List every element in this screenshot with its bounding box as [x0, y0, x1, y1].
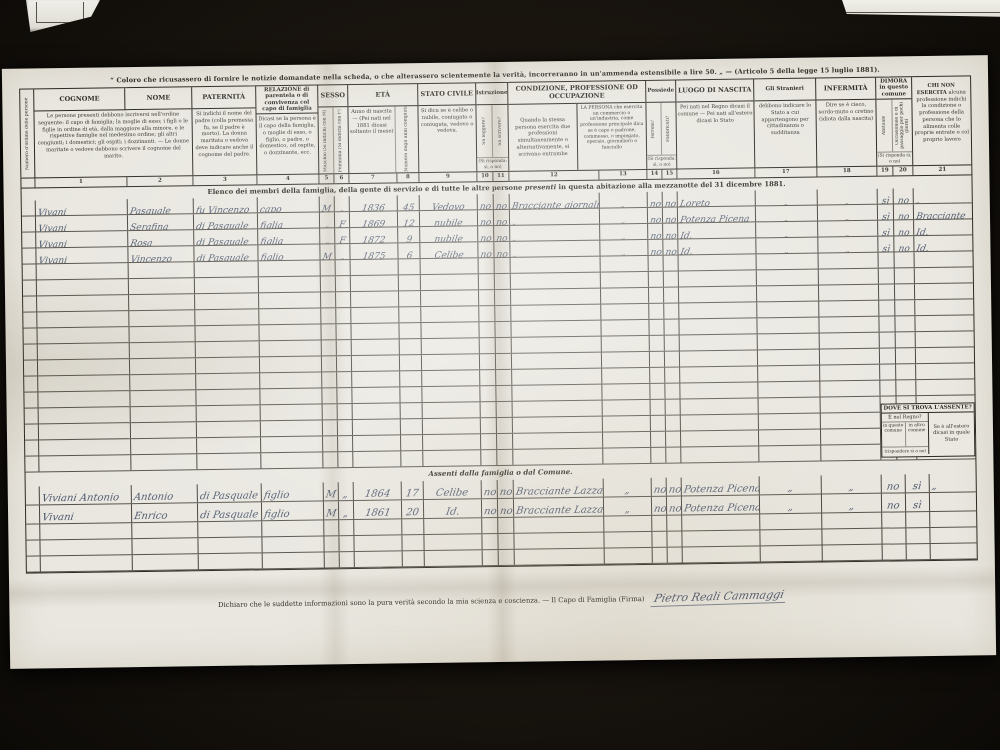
handwritten-entry: Vincenzo — [128, 253, 175, 263]
handwritten-entry: no — [648, 230, 663, 239]
cell — [895, 316, 915, 331]
cell — [355, 551, 403, 567]
cell — [38, 359, 130, 375]
cell: „ — [818, 189, 878, 205]
handwritten-entry: „ — [845, 479, 857, 493]
cell — [39, 439, 131, 455]
cell — [130, 374, 196, 390]
cell: Vivani — [36, 247, 128, 263]
cell — [322, 356, 337, 371]
cell — [683, 546, 761, 562]
handwritten-entry: Viviani Antonio — [40, 489, 123, 504]
cell — [649, 288, 664, 303]
possiede-label: Possiede — [646, 81, 675, 103]
cell: figlio — [262, 482, 324, 501]
column-number: 1 — [35, 177, 127, 187]
cell — [352, 371, 400, 387]
cell — [336, 276, 351, 291]
cell — [758, 334, 820, 350]
cell — [665, 367, 680, 382]
handwritten-entry: Id. — [678, 245, 696, 254]
cell — [22, 200, 36, 215]
column-number: 4 — [257, 174, 319, 184]
absent-box-in-altro: in altro comune — [905, 422, 928, 446]
handwritten-entry: figlio — [262, 487, 293, 501]
handwritten-entry: sì — [879, 210, 893, 219]
handwritten-entry: no — [667, 500, 682, 514]
cell — [25, 440, 39, 455]
cell — [24, 392, 38, 407]
absent-box-estero: Se è all'estero dicasi in quale Stato — [929, 412, 975, 454]
cell — [759, 430, 821, 446]
luogo-note: Pei nati nel Regno dicasi il comune — Pe… — [676, 101, 754, 168]
cell — [337, 372, 352, 387]
cell — [930, 527, 976, 543]
cell: „ — [600, 224, 648, 240]
cell — [483, 550, 499, 565]
cell — [757, 270, 819, 286]
cell — [915, 267, 973, 283]
cell: Rosa — [128, 230, 194, 246]
cell — [339, 520, 354, 535]
condizione-note: Quando la stessa persona esercita due pr… — [508, 104, 578, 171]
cell: no — [663, 239, 678, 254]
terreni-label: Terreni? — [651, 119, 656, 139]
cell — [601, 256, 649, 272]
handwritten-entry: „ — [510, 232, 519, 241]
stato-civile-note: Si dica se è celibe o nubile, coniugato … — [418, 105, 476, 172]
handwritten-entry: no — [498, 484, 514, 498]
cell — [821, 445, 881, 461]
handwritten-entry: capo — [258, 203, 285, 212]
handwritten-entry: „ — [784, 480, 796, 495]
cell — [22, 248, 36, 263]
cell — [402, 535, 424, 550]
column-number: 17 — [755, 168, 817, 178]
handwritten-entry: Enrico — [132, 508, 171, 523]
cell — [681, 430, 759, 446]
cell — [24, 360, 38, 375]
cell — [353, 435, 401, 451]
handwritten-entry: Loreto — [678, 197, 713, 206]
cell: sì — [878, 236, 894, 251]
handwritten-entry: Potenza Picena — [682, 499, 760, 514]
col-cognome-nome-header: COGNOME NOME Le persone presenti debbono… — [34, 87, 193, 177]
cell — [761, 545, 823, 561]
cell — [650, 384, 665, 399]
cell — [424, 534, 482, 550]
cell — [132, 522, 198, 538]
handwritten-entry: no — [652, 501, 667, 515]
cell: no — [663, 191, 678, 206]
cell — [879, 268, 895, 283]
cell — [353, 403, 401, 419]
handwritten-entry: Pasquale — [128, 205, 174, 215]
cell — [259, 292, 321, 308]
cell — [132, 538, 198, 554]
cell — [895, 300, 915, 315]
cell: no — [498, 480, 514, 498]
handwritten-entry: no — [482, 484, 498, 498]
cell: figlia — [258, 212, 320, 228]
corner-paper-fragment-right — [842, 0, 1000, 27]
handwritten-entry: „ — [322, 234, 332, 243]
cell — [880, 380, 896, 395]
column-number: 12 — [509, 171, 599, 181]
handwritten-entry: Rosa — [128, 237, 156, 246]
cell — [666, 447, 681, 462]
cell — [423, 402, 481, 418]
cognome-label: COGNOME — [34, 88, 126, 111]
handwritten-entry: „ — [914, 194, 923, 203]
handwritten-entry: 20 — [403, 504, 422, 518]
handwritten-entry: „ — [340, 505, 352, 519]
cell — [196, 341, 260, 357]
cell — [602, 368, 650, 384]
cell: „ — [930, 473, 976, 492]
handwritten-entry: no — [648, 198, 663, 207]
cell: Bracciante giornaliero — [510, 193, 600, 209]
handwritten-entry: Vivani — [40, 509, 77, 524]
cell — [129, 326, 195, 342]
cell — [649, 320, 664, 335]
col-ordinal-header: Numero d'ordine delle persone — [20, 89, 35, 177]
cell — [130, 390, 196, 406]
column-number: 9 — [419, 172, 477, 182]
declaration-row: Dichiaro che le suddette informazioni so… — [26, 586, 978, 614]
cell: F — [335, 212, 350, 227]
sa-leggere-label: Sa leggere? — [481, 118, 486, 146]
cell — [323, 404, 338, 419]
cell — [402, 519, 424, 534]
handwritten-entry: no — [663, 213, 678, 222]
column-number: 11 — [493, 172, 509, 181]
cell: no — [648, 208, 663, 223]
handwritten-entry: 1861 — [361, 504, 393, 519]
cell — [40, 523, 132, 539]
cell: „ — [600, 208, 648, 224]
cell — [480, 370, 496, 385]
cell: no — [478, 210, 494, 225]
cell: 20 — [402, 500, 424, 518]
cell — [38, 343, 130, 359]
chi-non-esercita-note: CHI NON ESERCITA alcuna professione indi… — [912, 76, 971, 165]
cell — [324, 520, 339, 535]
cell — [337, 388, 352, 403]
cell: „ — [510, 209, 600, 225]
col-condizione-header: CONDIZIONE, PROFESSIONE OD OCCUPAZIONE Q… — [508, 81, 647, 171]
stranieri-label: Gli Stranieri — [754, 79, 815, 102]
cell — [759, 414, 821, 430]
cell — [481, 402, 497, 417]
handwritten-entry: figlio — [258, 251, 286, 260]
corner-paper-fragment-left — [26, 0, 100, 32]
cell: capo — [258, 196, 320, 212]
cell — [649, 304, 664, 319]
cell: „ — [510, 225, 600, 241]
cell: „ — [600, 240, 648, 256]
handwritten-entry: Bracciante — [914, 209, 969, 219]
cell — [665, 383, 680, 398]
sesso-f-label: Femmina (Si indichi con F) — [338, 109, 344, 172]
column-number: 16 — [677, 168, 755, 178]
cell — [25, 408, 39, 423]
cell — [400, 355, 422, 370]
handwritten-entry: Vedovo — [429, 200, 468, 210]
cell — [24, 344, 38, 359]
handwritten-entry: 1864 — [361, 485, 393, 500]
cell: „ — [818, 221, 878, 237]
cell: no — [663, 207, 678, 222]
cell — [666, 399, 681, 414]
handwritten-entry: di Pasquale — [198, 487, 262, 502]
cell — [896, 348, 916, 363]
handwritten-entry: M — [324, 505, 339, 519]
cell — [259, 324, 321, 340]
handwritten-entry: Bracciante giornaliero — [510, 198, 600, 209]
cell — [195, 293, 259, 309]
handwritten-entry: figlia — [258, 219, 286, 228]
cell: Enrico — [132, 503, 198, 522]
cell: Bracciante — [914, 203, 972, 219]
cell — [666, 431, 681, 446]
sa-leggere-cell: Sa leggere? — [476, 105, 492, 158]
cell — [39, 455, 131, 471]
cell — [24, 376, 38, 391]
cell: no — [882, 474, 906, 492]
cell — [879, 316, 895, 331]
paternita-label: PATERNITÀ — [192, 86, 255, 109]
cell — [604, 532, 652, 548]
cell — [37, 327, 129, 343]
cell — [652, 532, 667, 547]
column-number: 18 — [817, 167, 877, 177]
present-rows: VivaniPasqualefu VincenzocapoM„183645Ved… — [22, 187, 976, 472]
cell: 12 — [398, 211, 420, 226]
cell — [401, 435, 423, 450]
cell — [931, 543, 977, 559]
handwritten-entry: 1836 — [359, 202, 388, 212]
cell — [497, 450, 513, 465]
stranieri-note: debbono indicare lo Stato a cui apparten… — [754, 101, 816, 168]
paternita-note: Si indichi il nome del padre (colla prem… — [192, 108, 256, 175]
cell — [39, 423, 131, 439]
cell — [422, 370, 480, 386]
cell — [822, 529, 882, 545]
handwritten-entry: M — [320, 202, 335, 211]
cell: „ — [756, 190, 818, 206]
cell — [511, 289, 601, 305]
col-istruzione-header: Istruzione Sa leggere? Sa scrivere? (Si … — [476, 83, 509, 171]
cell: no — [478, 194, 494, 209]
present-caption-em: presenti — [525, 183, 557, 191]
cell — [511, 321, 601, 337]
cell — [199, 553, 263, 569]
cell — [822, 513, 882, 529]
handwritten-entry: sì — [910, 497, 925, 511]
cell — [495, 290, 511, 305]
cell — [195, 325, 259, 341]
cell — [421, 258, 479, 274]
cell: no — [894, 188, 914, 203]
col-chi-non-esercita-header: CHI NON ESERCITA alcuna professione indi… — [912, 76, 971, 165]
handwritten-entry: Id. — [914, 226, 932, 235]
handwritten-entry: 45 — [399, 201, 417, 210]
cell — [601, 320, 649, 336]
cell — [760, 514, 822, 530]
cell: no — [648, 192, 663, 207]
cell — [37, 295, 129, 311]
handwritten-entry: Celibe — [431, 248, 466, 258]
sesso-label: SESSO — [318, 85, 347, 107]
handwritten-entry: no — [478, 232, 494, 241]
handwritten-entry: no — [498, 503, 514, 517]
column-number: 7 — [349, 173, 397, 183]
cell — [679, 254, 757, 270]
cell — [757, 286, 819, 302]
cell — [601, 288, 649, 304]
sesso-m-cell: Maschio (Si indichi con M) — [318, 107, 333, 173]
cell — [336, 324, 351, 339]
cell — [651, 432, 666, 447]
cell — [321, 276, 336, 291]
handwritten-entry: Celibe — [433, 484, 472, 499]
cell: Potenza Picena — [682, 476, 760, 495]
istruzione-note: (Si risponda: sì, o no) — [477, 157, 508, 171]
column-number: 2 — [127, 176, 193, 186]
handwritten-entry: no — [652, 482, 667, 496]
cell: Vivani — [36, 215, 128, 231]
dimora-label: DIMORA in questo comune — [876, 77, 911, 99]
table-body: Elenco dei membri della famiglia, della … — [22, 175, 977, 572]
head-of-family-signature: Pietro Reali Cammaggi — [651, 588, 789, 607]
cell: „ — [822, 494, 882, 513]
dimora-abituale-label: Abituale — [881, 116, 886, 136]
handwritten-entry: di Pasquale — [194, 219, 252, 229]
handwritten-entry: no — [478, 200, 494, 209]
cell: 17 — [402, 481, 424, 499]
handwritten-entry: di Pasquale — [194, 251, 252, 261]
cell: „ — [756, 222, 818, 238]
cell — [130, 342, 196, 358]
handwritten-entry: no — [478, 216, 494, 225]
possiede-note: (Si risponda: sì, o no) — [647, 155, 676, 169]
cell: F — [335, 228, 350, 243]
cell — [198, 521, 262, 537]
cell — [131, 438, 197, 454]
col-possiede-header: Possiede Terreni? Fabbricati? (Si rispon… — [646, 81, 677, 169]
column-number: 6 — [334, 174, 349, 183]
cell — [883, 544, 907, 559]
handwritten-entry: 1875 — [359, 250, 388, 260]
cell — [511, 305, 601, 321]
column-number: 15 — [662, 169, 677, 178]
cell: no — [478, 242, 494, 257]
cell — [603, 448, 651, 464]
cell — [26, 540, 40, 555]
cell — [261, 436, 323, 452]
handwritten-entry: no — [494, 200, 510, 209]
cell: 1836 — [350, 195, 398, 211]
cell — [759, 446, 821, 462]
cell — [421, 274, 479, 290]
cell — [512, 385, 602, 401]
cell — [22, 232, 36, 247]
cell — [682, 514, 760, 530]
cell — [323, 436, 338, 451]
handwritten-entry: fu Vincenzo — [194, 203, 253, 213]
cell — [400, 339, 422, 354]
cell — [680, 366, 758, 382]
handwritten-entry: „ — [510, 216, 519, 225]
cell: di Pasquale — [194, 229, 258, 245]
cell — [321, 324, 336, 339]
cell — [820, 381, 880, 397]
cell — [261, 404, 323, 420]
cell — [497, 402, 513, 417]
cell: 1864 — [354, 481, 402, 500]
cell — [757, 302, 819, 318]
cell — [480, 338, 496, 353]
handwritten-entry: sì — [879, 242, 893, 251]
la-persona-note: LA PERSONA che esercita un commercio o u… — [577, 103, 646, 170]
cell — [895, 268, 915, 283]
handwritten-entry: no — [895, 226, 912, 235]
cell: fu Vincenzo — [194, 197, 258, 213]
cell — [23, 264, 37, 279]
cell: „ — [339, 501, 354, 519]
cell — [604, 516, 652, 532]
cell — [401, 419, 423, 434]
census-sheet: “ Coloro che ricusassero di fornire le n… — [2, 55, 996, 669]
cell — [479, 322, 495, 337]
cell — [820, 333, 880, 349]
cell — [602, 352, 650, 368]
dimora-occasionale-cell: Occasionale o di passaggio per pochi gio… — [892, 99, 912, 152]
cell — [512, 353, 602, 369]
cell: Vivani — [36, 231, 128, 247]
cell: figlio — [258, 244, 320, 260]
col-infermita-header: INFERMITÀ Dire se è cieco, sordo-muto o … — [816, 78, 877, 167]
handwritten-entry: Id. — [678, 229, 696, 238]
cell — [321, 260, 336, 275]
cell — [495, 322, 511, 337]
handwritten-entry: „ — [619, 230, 629, 239]
cell — [423, 434, 481, 450]
cell: nubile — [420, 210, 478, 226]
relazione-note: Dicasi se la persona è il capo della fam… — [257, 114, 319, 175]
cell — [682, 530, 760, 546]
cell: Bracciante Lazzaro — [514, 479, 604, 498]
sa-scrivere-cell: Sa scrivere? — [492, 105, 508, 158]
cell: no — [894, 204, 914, 219]
cell — [664, 303, 679, 318]
cell — [338, 420, 353, 435]
cell — [882, 512, 906, 527]
handwritten-entry: „ — [782, 244, 792, 253]
cell — [823, 545, 883, 561]
cell — [666, 415, 681, 430]
cell — [665, 351, 680, 366]
handwritten-entry: Antonio — [132, 489, 177, 504]
cell — [821, 429, 881, 445]
table-header: Numero d'ordine delle persone COGNOME NO… — [20, 76, 971, 178]
cell — [340, 552, 355, 567]
column-number: 10 — [477, 172, 493, 181]
handwritten-entry: 1869 — [359, 218, 388, 228]
cell: 1869 — [350, 211, 398, 227]
cell — [399, 307, 421, 322]
